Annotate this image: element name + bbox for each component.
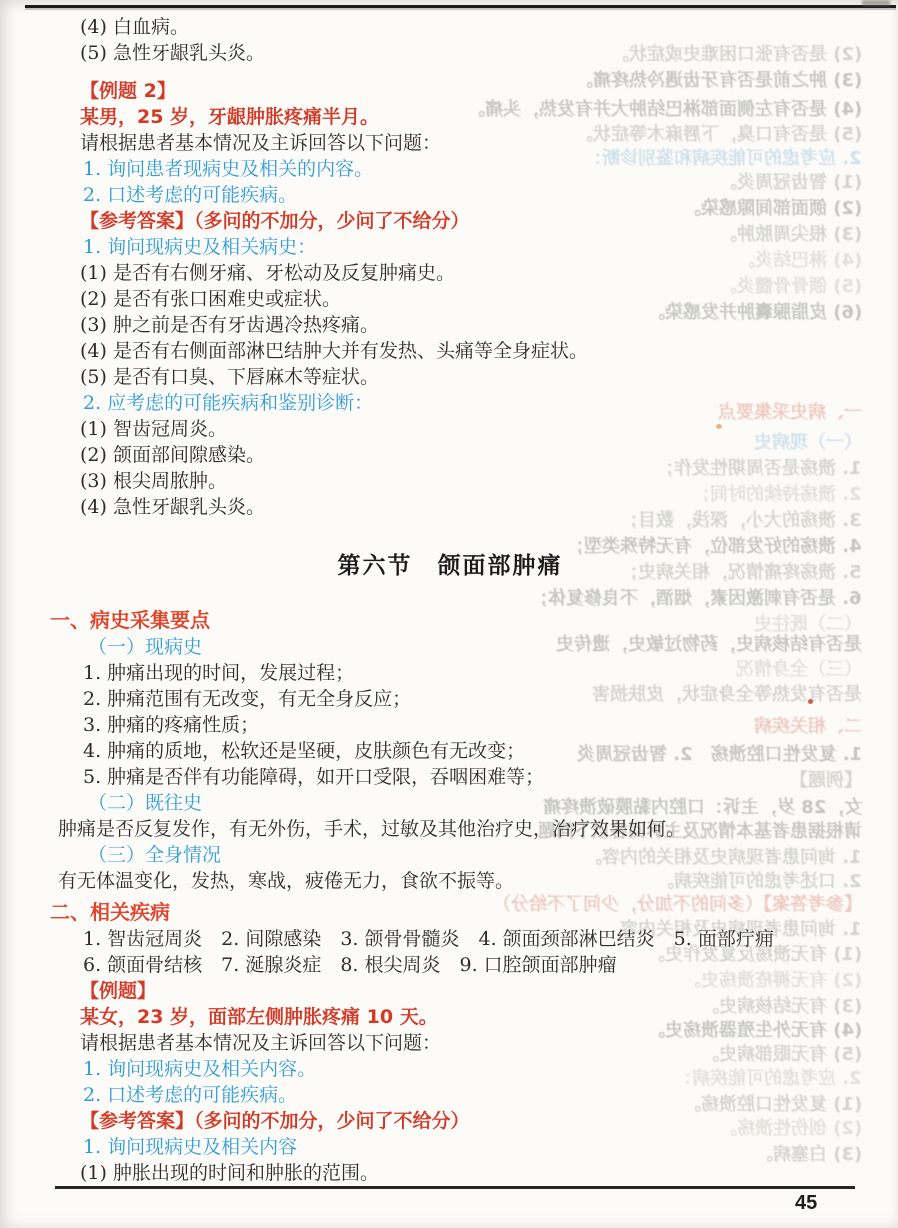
history-item: 4. 肿痛的质地，松软还是坚硬，皮肤颜色有无改变； [83,738,850,764]
answer1-title: 1. 询问现病史及相关病史： [83,234,850,260]
example2-prompt: 请根据患者基本情况及主诉回答以下问题： [80,130,850,156]
example-answer1-item: (1) 肿胀出现的时间和肿胀的范围。 [80,1160,850,1186]
example2-answer-header: 【参考答案】（多问的不加分，少问了不给分） [80,208,850,234]
footer-rule [55,1186,855,1189]
sub3-text: 有无体温变化，发热，寒战，疲倦无力，食欲不振等。 [58,868,850,894]
answer2-item: (2) 颌面部间隙感染。 [80,442,850,468]
page-number: 45 [795,1192,817,1215]
history-item: 3. 肿痛的疼痛性质； [83,712,850,738]
corner-print-smudge [862,0,890,6]
history-item: 5. 肿痛是否伴有功能障碍，如开口受限，吞咽困难等； [83,764,850,790]
example2-question: 2. 口述考虑的可能疾病。 [83,182,850,208]
history-item: 1. 肿痛出现的时间，发展过程； [83,660,850,686]
example-answer1-title: 1. 询问现病史及相关内容 [83,1134,850,1160]
example2-question: 1. 询问患者现病史及相关的内容。 [83,156,850,182]
answer1-item: (1) 是否有右侧牙痛、牙松动及反复肿痛史。 [80,260,850,286]
example2-title: 【例题 2】 [80,78,850,104]
sub1-title: （一）现病史 [88,634,850,660]
answer1-item: (2) 是否有张口困难史或症状。 [80,286,850,312]
answer1-item: (5) 是否有口臭、下唇麻木等症状。 [80,364,850,390]
disease-list-line: 1. 智齿冠周炎 2. 间隙感染 3. 颌骨骨髓炎 4. 颌面颈部淋巴结炎 5.… [83,926,850,952]
disease-list-line: 6. 颌面骨结核 7. 涎腺炎症 8. 根尖周炎 9. 口腔颌面部肿瘤 [83,952,850,978]
example-prompt: 请根据患者基本情况及主诉回答以下问题： [80,1030,850,1056]
example-answer-header: 【参考答案】（多问的不加分，少问了不给分） [80,1108,850,1134]
scanned-textbook-page: (2) 是否有张口困难史或症状。(3) 肿之前是否有牙齿遇冷热疼痛。(4) 是否… [0,0,898,1228]
list-item: (5) 急性牙龈乳头炎。 [80,40,850,66]
answer1-item: (3) 肿之前是否有牙齿遇冷热疼痛。 [80,312,850,338]
example-question: 1. 询问现病史及相关内容。 [83,1056,850,1082]
sub3-title: （三）全身情况 [88,842,850,868]
example-question: 2. 口述考虑的可能疾病。 [83,1082,850,1108]
answer1-item: (4) 是否有右侧面部淋巴结肿大并有发热、头痛等全身症状。 [80,338,850,364]
page-content: (4) 白血病。 (5) 急性牙龈乳头炎。 【例题 2】 某男，25 岁，牙龈肿… [50,14,850,1186]
answer2-item: (4) 急性牙龈乳头炎。 [80,494,850,520]
part2-title: 二、相关疾病 [50,898,850,926]
example-title: 【例题】 [80,978,850,1004]
answer2-title: 2. 应考虑的可能疾病和鉴别诊断： [83,390,850,416]
answer2-item: (3) 根尖周脓肿。 [80,468,850,494]
section-title: 第六节 颌面部肿痛 [50,548,850,584]
history-item: 2. 肿痛范围有无改变，有无全身反应； [83,686,850,712]
example-case: 某女，23 岁，面部左侧肿胀疼痛 10 天。 [80,1004,850,1030]
sub2-title: （二）既往史 [88,790,850,816]
header-rule [25,5,896,8]
answer2-item: (1) 智齿冠周炎。 [80,416,850,442]
spacer [50,66,850,78]
list-item: (4) 白血病。 [80,14,850,40]
sub2-text: 肿痛是否反复发作，有无外伤，手术，过敏及其他治疗史，治疗效果如何。 [58,816,850,842]
part1-title: 一、病史采集要点 [50,606,850,634]
example2-case: 某男，25 岁，牙龈肿胀疼痛半月。 [80,104,850,130]
